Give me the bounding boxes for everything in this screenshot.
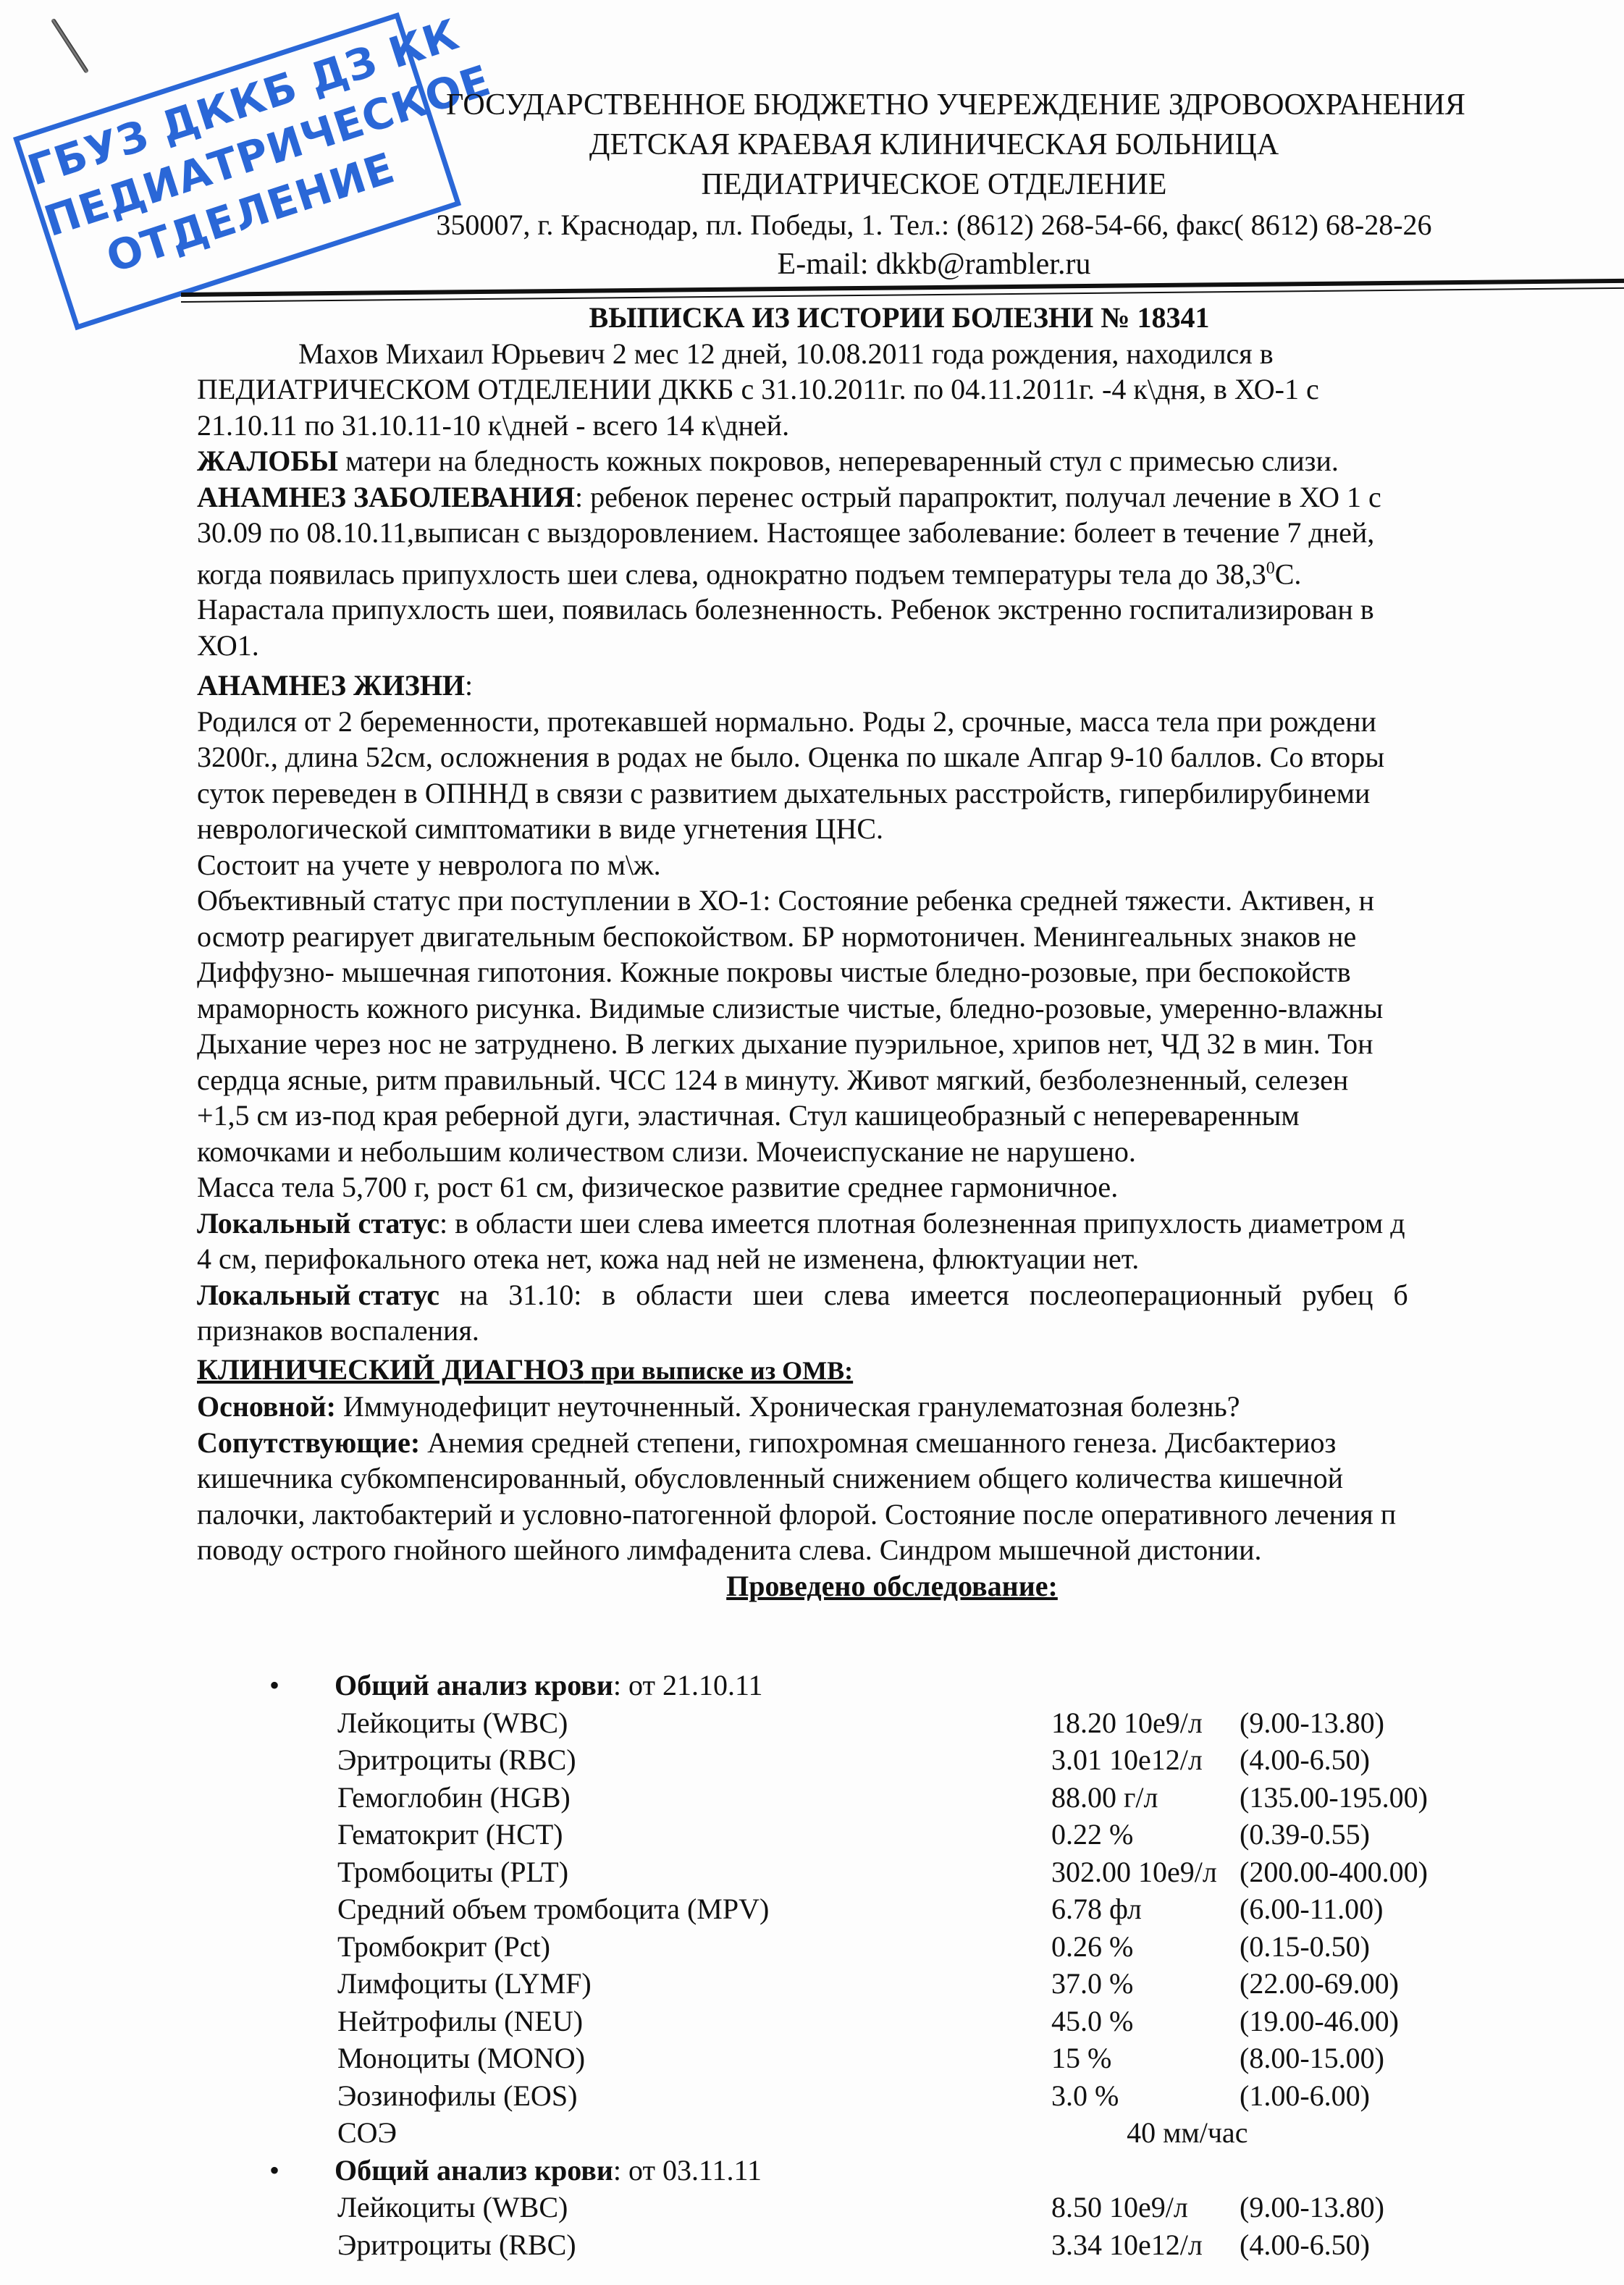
local-status-2-line: признаков воспаления.: [197, 1313, 1624, 1349]
lab-panel-1: • Общий анализ крови: от 21.10.11 Лейкоц…: [269, 1667, 1616, 2152]
lab-name: Лимфоциты (LYMF): [269, 1965, 1051, 2003]
letterhead-line-1: ГОСУДАРСТВЕННОЕ БЮДЖЕТНО УЧЕРЕЖДЕНИЕ ЗДР…: [319, 85, 1549, 125]
lab-row: Моноциты (MONO)15 %(8.00-15.00): [269, 2040, 1616, 2077]
lab-row: Нейтрофилы (NEU)45.0 %(19.00-46.00): [269, 2003, 1616, 2040]
lab-value: 3.01 10е12/л: [1051, 1741, 1240, 1779]
lab-row: Тромбоциты (PLT)302.00 10е9/л(200.00-400…: [269, 1853, 1616, 1891]
life-history-line: Родился от 2 беременности, протекавшей н…: [197, 704, 1624, 740]
disease-history-line: ХО1.: [197, 628, 1624, 664]
lab-value: 15 %: [1051, 2040, 1240, 2077]
lab-row: Лейкоциты (WBC)18.20 10е9/л(9.00-13.80): [269, 1704, 1616, 1742]
lab-name: СОЭ: [269, 2114, 1047, 2152]
letterhead: ГОСУДАРСТВЕННОЕ БЮДЖЕТНО УЧЕРЕЖДЕНИЕ ЗДР…: [319, 85, 1549, 285]
lab-reference: (19.00-46.00): [1240, 2003, 1544, 2040]
life-history-line: неврологической симптоматики в виде угне…: [197, 811, 1624, 847]
lab-name: Гемоглобин (HGB): [269, 1779, 1051, 1817]
lab-value: 40 мм/час: [1047, 2114, 1313, 2152]
lab-row: Эозинофилы (EOS)3.0 %(1.00-6.00): [269, 2077, 1616, 2115]
main-diagnosis: Основной: Иммунодефицит неуточненный. Хр…: [197, 1389, 1624, 1425]
concomitant-label: Сопутствующие:: [197, 1426, 420, 1459]
objective-status-line: сердца ясные, ритм правильный. ЧСС 124 в…: [197, 1062, 1624, 1098]
lab-value: 45.0 %: [1051, 2003, 1240, 2040]
letterhead-address: 350007, г. Краснодар, пл. Победы, 1. Тел…: [319, 205, 1549, 245]
diagnosis-heading: КЛИНИЧЕСКИЙ ДИАГНОЗ при выписке из ОМВ:: [197, 1352, 1624, 1389]
lab-name: Эритроциты (RBC): [269, 1741, 1051, 1779]
letterhead-line-2: ДЕТСКАЯ КРАЕВАЯ КЛИНИЧЕСКАЯ БОЛЬНИЦА: [319, 125, 1549, 165]
lab-results: • Общий анализ крови: от 21.10.11 Лейкоц…: [269, 1667, 1616, 2263]
life-history-line: 3200г., длина 52см, осложнения в родах н…: [197, 739, 1624, 775]
lab-reference: (0.39-0.55): [1240, 1816, 1544, 1853]
intro-line: ПЕДИАТРИЧЕСКОМ ОТДЕЛЕНИИ ДККБ с 31.10.20…: [197, 371, 1624, 408]
lab-row: СОЭ40 мм/час: [269, 2114, 1616, 2152]
lab-value: 6.78 фл: [1051, 1890, 1240, 1928]
complaints-text: матери на бледность кожных покровов, неп…: [338, 445, 1339, 477]
lab-value: 8.50 10е9/л: [1051, 2189, 1240, 2226]
objective-status-line: +1,5 см из-под края реберной дуги, эласт…: [197, 1098, 1624, 1134]
lab-name: Моноциты (MONO): [269, 2040, 1051, 2077]
lab-reference: (6.00-11.00): [1240, 1890, 1544, 1928]
letterhead-email: E-mail: dkkb@rambler.ru: [319, 245, 1549, 285]
lab-name: Лейкоциты (WBC): [269, 1704, 1051, 1742]
objective-status-line: Объективный статус при поступлении в ХО-…: [197, 883, 1624, 919]
lab-name: Тромбоциты (PLT): [269, 1853, 1051, 1891]
lab-value: 37.0 %: [1051, 1965, 1240, 2003]
lab-name: Средний объем тромбоцита (MPV): [269, 1890, 1051, 1928]
lab-row: Эритроциты (RBC)3.01 10е12/л(4.00-6.50): [269, 1741, 1616, 1779]
lab-reference: (4.00-6.50): [1240, 2226, 1544, 2264]
lab-row: Эритроциты (RBC)3.34 10е12/л(4.00-6.50): [269, 2226, 1616, 2264]
lab-panel-date: : от 21.10.11: [613, 1669, 763, 1701]
neurologist-note: Состоит на учете у невролога по м\ж.: [197, 847, 1624, 883]
lab-panel-label: Общий анализ крови: [335, 2154, 613, 2187]
concomitant-line: палочки, лактобактерий и условно-патоген…: [197, 1497, 1624, 1533]
lab-name: Эозинофилы (EOS): [269, 2077, 1051, 2115]
concomitant-diagnosis: Сопутствующие: Анемия средней степени, г…: [197, 1425, 1624, 1461]
life-history-label: АНАМНЕЗ ЖИЗНИ: [197, 669, 465, 702]
diagnosis-heading-main: КЛИНИЧЕСКИЙ ДИАГНОЗ: [197, 1353, 584, 1386]
lab-name: Гематокрит (HCT): [269, 1816, 1051, 1853]
disease-history-label: АНАМНЕЗ ЗАБОЛЕВАНИЯ: [197, 481, 575, 513]
bullet-icon: •: [269, 1667, 279, 1704]
temperature-unit: С.: [1275, 557, 1302, 590]
lab-value: 0.26 %: [1051, 1928, 1240, 1966]
lab-panel-heading: • Общий анализ крови: от 03.11.11: [269, 2152, 1616, 2189]
lab-row: Гематокрит (HCT)0.22 %(0.39-0.55): [269, 1816, 1616, 1853]
objective-status-line: осмотр реагирует двигательным беспокойст…: [197, 919, 1624, 955]
disease-history: АНАМНЕЗ ЗАБОЛЕВАНИЯ: ребенок перенес ост…: [197, 479, 1624, 516]
letterhead-line-3: ПЕДИАТРИЧЕСКОЕ ОТДЕЛЕНИЕ: [319, 165, 1549, 205]
local-status-2-text: на 31.10: в области шеи слева имеется по…: [439, 1279, 1408, 1311]
lab-row: Гемоглобин (HGB)88.00 г/л(135.00-195.00): [269, 1779, 1616, 1817]
main-diagnosis-text: Иммунодефицит неуточненный. Хроническая …: [336, 1390, 1240, 1423]
lab-panel-2: • Общий анализ крови: от 03.11.11 Лейкоц…: [269, 2152, 1616, 2264]
bullet-icon: •: [269, 2152, 279, 2189]
objective-status-line: мраморность кожного рисунка. Видимые сли…: [197, 990, 1624, 1027]
local-status-2-label: Локальный статус: [197, 1279, 439, 1311]
lab-value: 0.22 %: [1051, 1816, 1240, 1853]
document-page: ГБУЗ ДККБ ДЗ КК ПЕДИАТРИЧЕСКОЕ ОТДЕЛЕНИЕ…: [0, 0, 1624, 2285]
disease-history-text: : ребенок перенес острый парапроктит, по…: [575, 481, 1381, 513]
lab-reference: (0.15-0.50): [1240, 1928, 1544, 1966]
local-status-label: Локальный статус: [197, 1207, 439, 1240]
lab-value: 18.20 10е9/л: [1051, 1704, 1240, 1742]
lab-reference: (4.00-6.50): [1240, 1741, 1544, 1779]
local-status-text: : в области шеи слева имеется плотная бо…: [439, 1207, 1405, 1240]
lab-reference: (8.00-15.00): [1240, 2040, 1544, 2077]
lab-panel-label: Общий анализ крови: [335, 1669, 613, 1701]
life-history-line: суток переведен в ОПННД в связи с развит…: [197, 775, 1624, 812]
intro-line: Махов Михаил Юрьевич 2 мес 12 дней, 10.0…: [197, 336, 1624, 372]
complaints-label: ЖАЛОБЫ: [197, 445, 338, 477]
disease-history-line: Нарастала припухлость шеи, появилась бол…: [197, 592, 1624, 628]
weight-height: Масса тела 5,700 г, рост 61 см, физическ…: [197, 1169, 1624, 1205]
temperature-degree: 0: [1266, 559, 1275, 578]
complaints: ЖАЛОБЫ матери на бледность кожных покров…: [197, 443, 1624, 479]
concomitant-text: Анемия средней степени, гипохромная смеш…: [420, 1426, 1336, 1459]
intro-line: 21.10.11 по 31.10.11-10 к\дней - всего 1…: [197, 408, 1624, 444]
lab-name: Лейкоциты (WBC): [269, 2189, 1051, 2226]
lab-name: Эритроциты (RBC): [269, 2226, 1051, 2264]
lab-value: 88.00 г/л: [1051, 1779, 1240, 1817]
lab-panel-heading: • Общий анализ крови: от 21.10.11: [269, 1667, 1616, 1704]
disease-history-line: когда появилась припухлость шеи слева, о…: [197, 551, 1624, 592]
lab-reference: (1.00-6.00): [1240, 2077, 1544, 2115]
lab-row: Лимфоциты (LYMF)37.0 %(22.00-69.00): [269, 1965, 1616, 2003]
local-status-2: Локальный статус на 31.10: в области шеи…: [197, 1277, 1624, 1313]
lab-reference: (135.00-195.00): [1240, 1779, 1544, 1817]
lab-reference: (9.00-13.80): [1240, 2189, 1544, 2226]
document-body: ВЫПИСКА ИЗ ИСТОРИИ БОЛЕЗНИ № 18341 Махов…: [197, 297, 1624, 1604]
lab-value: 302.00 10е9/л: [1051, 1853, 1240, 1891]
lab-reference: (200.00-400.00): [1240, 1853, 1544, 1891]
lab-panel-date: : от 03.11.11: [613, 2154, 762, 2187]
lab-reference: (9.00-13.80): [1240, 1704, 1544, 1742]
disease-history-line: 30.09 по 08.10.11,выписан с выздоровлени…: [197, 515, 1624, 551]
lab-row: Лейкоциты (WBC)8.50 10е9/л(9.00-13.80): [269, 2189, 1616, 2226]
document-title: ВЫПИСКА ИЗ ИСТОРИИ БОЛЕЗНИ № 18341: [168, 300, 1624, 336]
objective-status-line: Диффузно- мышечная гипотония. Кожные пок…: [197, 954, 1624, 990]
concomitant-line: поводу острого гнойного шейного лимфаден…: [197, 1532, 1624, 1568]
local-status: Локальный статус: в области шеи слева им…: [197, 1205, 1624, 1242]
lab-name: Тромбокрит (Pct): [269, 1928, 1051, 1966]
lab-value: 3.34 10е12/л: [1051, 2226, 1240, 2264]
lab-row: Тромбокрит (Pct)0.26 %(0.15-0.50): [269, 1928, 1616, 1966]
life-history-heading: АНАМНЕЗ ЖИЗНИ:: [197, 668, 1624, 704]
concomitant-line: кишечника субкомпенсированный, обусловле…: [197, 1460, 1624, 1497]
staple-mark: [51, 18, 89, 74]
local-status-line: 4 см, перифокального отека нет, кожа над…: [197, 1241, 1624, 1277]
lab-name: Нейтрофилы (NEU): [269, 2003, 1051, 2040]
examination-heading: Проведено обследование:: [153, 1568, 1624, 1604]
objective-status-line: комочками и небольшим количеством слизи.…: [197, 1134, 1624, 1170]
lab-reference: [1314, 2114, 1616, 2152]
lab-row: Средний объем тромбоцита (MPV)6.78 фл(6.…: [269, 1890, 1616, 1928]
lab-reference: (22.00-69.00): [1240, 1965, 1544, 2003]
objective-status-line: Дыхание через нос не затруднено. В легки…: [197, 1026, 1624, 1062]
lab-value: 3.0 %: [1051, 2077, 1240, 2115]
diagnosis-heading-rest: при выписке из ОМВ:: [584, 1356, 854, 1385]
disease-history-text: когда появилась припухлость шеи слева, о…: [197, 557, 1266, 590]
main-diagnosis-label: Основной:: [197, 1390, 336, 1423]
life-history-colon: :: [465, 669, 473, 702]
